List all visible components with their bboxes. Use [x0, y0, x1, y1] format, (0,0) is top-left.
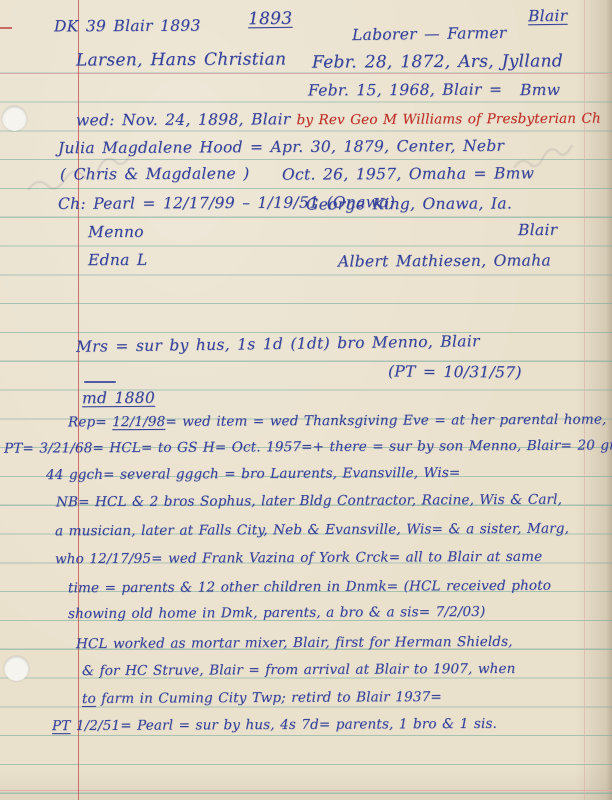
spouse-parents: ( Chris & Magdalene ) [60, 166, 250, 184]
arrival-year: 1893 [248, 10, 293, 29]
marriage-1880-note: md 1880 [82, 390, 155, 407]
marriage-officiant: by Rev Geo M Williams of Presbyterian Ch [296, 111, 600, 129]
ink-dash [84, 381, 116, 383]
pt-1951-line: PT 1/2/51= Pearl = sur by hus, 4s 7d= pa… [52, 717, 497, 734]
child-menno: Menno [88, 224, 144, 241]
hole-punch-bottom [4, 656, 29, 681]
nb-photo-line: showing old home in Dmk, parents, a bro … [68, 605, 485, 622]
child-pearl-spouse: George King, Onawa, Ia. [306, 195, 512, 213]
subject-name: Larsen, Hans Christian [76, 50, 286, 70]
red-margin-tick [0, 27, 12, 29]
nb-brothers-line: NB= HCL & 2 bros Sophus, later Bldg Cont… [56, 493, 562, 511]
grandchildren-line: 44 ggch= several gggch = bro Laurents, E… [46, 466, 460, 483]
rep-date: 12/1/98 [112, 414, 165, 430]
scanned-note-page: DK 39 Blair 1893 1893 Laborer — Farmer B… [0, 0, 612, 800]
work-line-3: to farm in Cuming City Twp; retird to Bl… [82, 690, 442, 707]
survivors-note: Mrs = sur by hus, 1s 1d (1dt) bro Menno,… [76, 333, 480, 356]
marriage-line: wed: Nov. 24, 1898, Blairby Rev Geo M Wi… [76, 110, 601, 130]
corner-reference: DK 39 Blair 1893 [54, 18, 201, 36]
rep-citation-line: Rep= 12/1/98= wed item = wed Thanksgivin… [68, 413, 606, 431]
hole-punch-top [2, 106, 27, 131]
child-edna-spouse: Albert Mathiesen, Omaha [338, 252, 551, 270]
work-line-1: HCL worked as mortar mixer, Blair, first… [76, 635, 513, 652]
subject-death: Febr. 15, 1968, Blair = [308, 81, 502, 99]
occupation: Laborer — Farmer [352, 25, 507, 44]
child-menno-place: Blair [518, 222, 558, 239]
work3-rest: farm in Cuming City Twp; retird to Blair… [96, 689, 442, 707]
spouse-death: Oct. 26, 1957, Omaha = Bmw [282, 165, 534, 183]
place-label: Blair [528, 8, 568, 26]
pt-1968-line: PT= 3/21/68= HCL= to GS H= Oct. 1957=+ t… [4, 438, 612, 456]
pink-rule-top [0, 73, 612, 74]
burial-abbr: Bmw [520, 82, 560, 99]
pt51-label: PT [52, 718, 71, 734]
pt-citation-1957: (PT = 10/31/57) [388, 363, 522, 381]
nb-denmark-line: time = parents & 12 other children in Dn… [68, 579, 551, 596]
marriage-date: wed: Nov. 24, 1898, Blair [76, 110, 291, 129]
pt51-rest: 1/2/51= Pearl = sur by hus, 4s 7d= paren… [70, 716, 497, 734]
subject-birth: Febr. 28, 1872, Ars, Jylland [312, 52, 563, 72]
rep-label: Rep= [68, 414, 107, 430]
rep-rest: = wed item = wed Thanksgiving Eve = at h… [165, 412, 606, 430]
work3-to: to [82, 691, 96, 707]
pink-rule-bottom [0, 790, 612, 791]
spouse-name-birth: Julia Magdalene Hood = Apr. 30, 1879, Ce… [58, 138, 504, 157]
child-edna: Edna L [88, 252, 148, 269]
nb-musician-line: a musician, later at Falls City, Neb & E… [55, 522, 569, 540]
nb-sister-line: who 12/17/95= wed Frank Vazina of York C… [55, 550, 542, 568]
work-line-2: & for HC Struve, Blair = from arrival at… [82, 662, 516, 679]
